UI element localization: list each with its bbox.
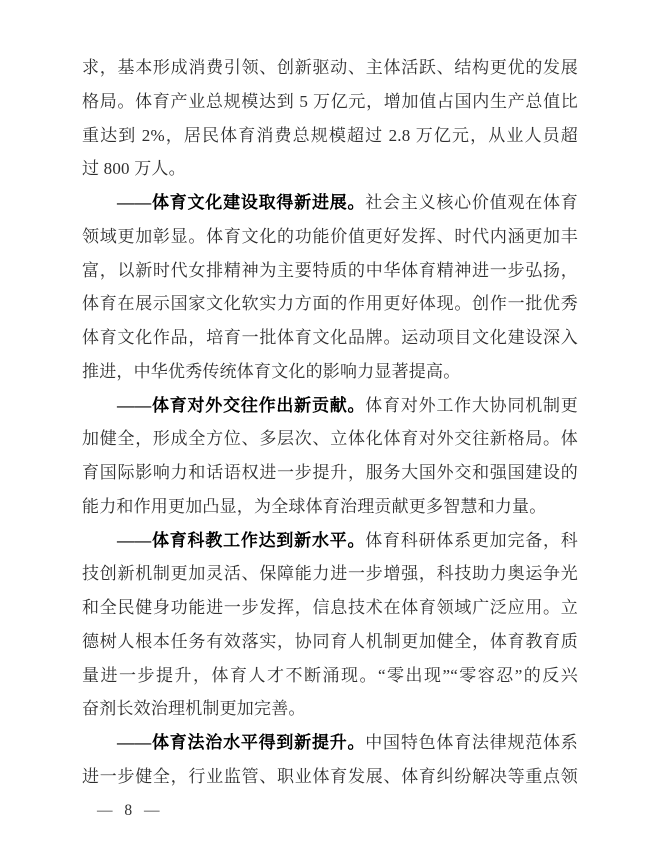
line-text: 育国际影响力和话语权进一步提升，服务大国外交和强国建设的	[82, 463, 578, 482]
line-text: 奋剂长效治理机制更加完善。	[82, 699, 306, 718]
page-number: — 8 —	[82, 794, 578, 828]
text-line: 体育在展示国家文化软实力方面的作用更好体现。创作一批优秀	[82, 287, 578, 321]
line-text: 体育科研体系更加完备，科	[365, 531, 578, 550]
line-text: 格局。体育产业总规模达到 5 万亿元，增加值占国内生产总值比	[82, 92, 578, 111]
text-line: 体育文化作品，培育一批体育文化品牌。运动项目文化建设深入	[82, 321, 578, 355]
text-line: 进一步健全，行业监管、职业体育发展、体育纠纷解决等重点领	[82, 760, 578, 794]
text-line: 和全民健身功能进一步发挥，信息技术在体育领域广泛应用。立	[82, 591, 578, 625]
text-line: 推进，中华优秀传统体育文化的影响力显著提高。	[82, 355, 578, 389]
document-body: 求，基本形成消费引领、创新驱动、主体活跃、结构更优的发展 格局。体育产业总规模达…	[82, 51, 578, 827]
text-line: 领域更加彰显。体育文化的功能价值更好发挥、时代内涵更加丰	[82, 220, 578, 254]
line-text: 中国特色体育法律规范体系	[365, 733, 578, 752]
text-line: 富，以新时代女排精神为主要特质的中华体育精神进一步弘扬，	[82, 254, 578, 288]
section-heading: ——体育对外交往作出新贡献。	[117, 396, 365, 415]
text-line: 量进一步提升，体育人才不断涌现。“零出现”“零容忍”的反兴	[82, 659, 578, 693]
text-line: 能力和作用更加凸显，为全球体育治理贡献更多智慧和力量。	[82, 490, 578, 524]
text-line: 奋剂长效治理机制更加完善。	[82, 692, 578, 726]
text-line: 格局。体育产业总规模达到 5 万亿元，增加值占国内生产总值比	[82, 85, 578, 119]
line-text: 重达到 2%，居民体育消费总规模超过 2.8 万亿元，从业人员超	[82, 126, 578, 145]
text-line: 加健全，形成全方位、多层次、立体化体育对外交往新格局。体	[82, 422, 578, 456]
section-heading: ——体育科教工作达到新水平。	[117, 531, 365, 550]
text-line: 求，基本形成消费引领、创新驱动、主体活跃、结构更优的发展	[82, 51, 578, 85]
line-text: 技创新机制更加灵活、保障能力进一步增强，科技助力奥运争光	[82, 564, 578, 583]
section-heading: ——体育法治水平得到新提升。	[117, 733, 365, 752]
line-text: 能力和作用更加凸显，为全球体育治理贡献更多智慧和力量。	[82, 497, 546, 516]
line-text: 领域更加彰显。体育文化的功能价值更好发挥、时代内涵更加丰	[82, 227, 578, 246]
text-line: 育国际影响力和话语权进一步提升，服务大国外交和强国建设的	[82, 456, 578, 490]
line-text: 体育对外工作大协同机制更	[365, 396, 578, 415]
document-page: 求，基本形成消费引领、创新驱动、主体活跃、结构更优的发展 格局。体育产业总规模达…	[0, 0, 659, 862]
line-text: 德树人根本任务有效落实，协同育人机制更加健全，体育教育质	[82, 632, 578, 651]
line-text: 进一步健全，行业监管、职业体育发展、体育纠纷解决等重点领	[82, 767, 578, 786]
line-text: 加健全，形成全方位、多层次、立体化体育对外交往新格局。体	[82, 429, 578, 448]
text-line: 德树人根本任务有效落实，协同育人机制更加健全，体育教育质	[82, 625, 578, 659]
line-text: 富，以新时代女排精神为主要特质的中华体育精神进一步弘扬，	[82, 261, 578, 280]
text-line: ——体育文化建设取得新进展。社会主义核心价值观在体育	[82, 186, 578, 220]
line-text: 体育在展示国家文化软实力方面的作用更好体现。创作一批优秀	[82, 294, 578, 313]
line-text: 过 800 万人。	[82, 159, 186, 178]
text-line: 过 800 万人。	[82, 152, 578, 186]
line-text: 推进，中华优秀传统体育文化的影响力显著提高。	[82, 362, 460, 381]
line-text: 体育文化作品，培育一批体育文化品牌。运动项目文化建设深入	[82, 328, 578, 347]
text-line: ——体育对外交往作出新贡献。体育对外工作大协同机制更	[82, 389, 578, 423]
text-line: ——体育法治水平得到新提升。中国特色体育法律规范体系	[82, 726, 578, 760]
text-line: ——体育科教工作达到新水平。体育科研体系更加完备，科	[82, 524, 578, 558]
line-text: 社会主义核心价值观在体育	[365, 193, 578, 212]
text-line: 重达到 2%，居民体育消费总规模超过 2.8 万亿元，从业人员超	[82, 119, 578, 153]
line-text: 量进一步提升，体育人才不断涌现。“零出现”“零容忍”的反兴	[82, 666, 578, 685]
text-line: 技创新机制更加灵活、保障能力进一步增强，科技助力奥运争光	[82, 557, 578, 591]
section-heading: ——体育文化建设取得新进展。	[117, 193, 365, 212]
line-text: 求，基本形成消费引领、创新驱动、主体活跃、结构更优的发展	[82, 58, 578, 77]
line-text: 和全民健身功能进一步发挥，信息技术在体育领域广泛应用。立	[82, 598, 578, 617]
